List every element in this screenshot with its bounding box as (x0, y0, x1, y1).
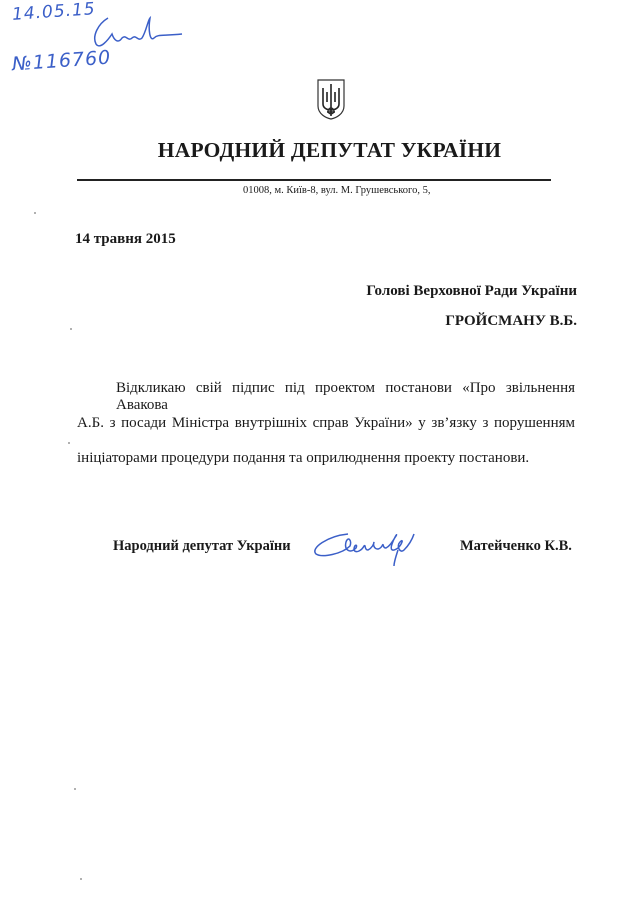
recipient-name: ГРОЙСМАНУ В.Б. (445, 313, 577, 330)
letterhead-title: НАРОДНИЙ ДЕПУТАТ УКРАЇНИ (0, 138, 639, 163)
letter-date: 14 травня 2015 (75, 231, 176, 248)
signatory-name: Матейченко К.В. (460, 538, 572, 555)
scan-speck (70, 328, 72, 330)
body-line-1: Відкликаю свій підпис під проектом поста… (116, 380, 575, 414)
scan-speck (80, 878, 82, 880)
letterhead-divider (77, 179, 551, 181)
signature-icon (308, 524, 440, 566)
scan-speck (74, 788, 76, 790)
body-line-2: А.Б. з посади Міністра внутрішніх справ … (77, 415, 575, 432)
handwritten-registration-number: №116760 (11, 47, 112, 76)
scan-speck (34, 212, 36, 214)
recipient-position: Голові Верховної Ради України (366, 283, 577, 300)
letterhead-address: 01008, м. Київ-8, вул. М. Грушевського, … (243, 185, 430, 196)
scan-speck (68, 442, 70, 444)
body-line-3: ініціаторами процедури подання та оприлю… (77, 450, 575, 467)
trident-emblem-icon (316, 78, 346, 120)
signatory-title: Народний депутат України (113, 538, 291, 555)
